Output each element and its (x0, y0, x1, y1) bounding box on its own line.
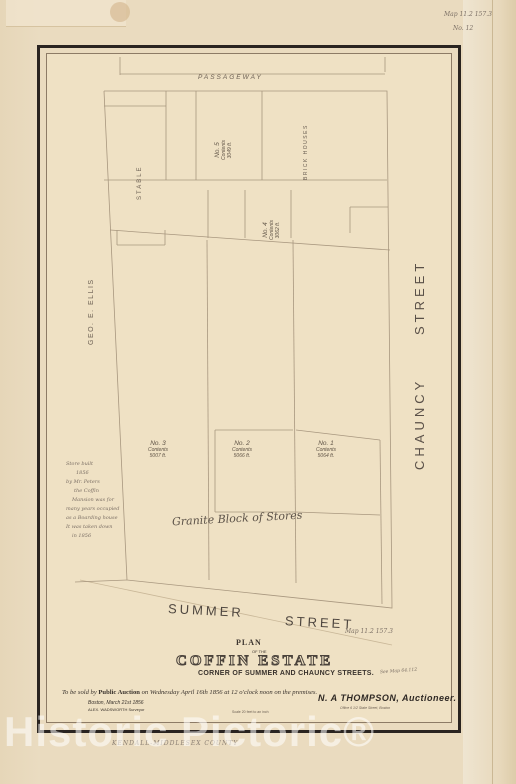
lot-area: 5007 ft. (148, 453, 168, 459)
note-line: as a Boarding house (66, 514, 119, 523)
lot-3: No. 3 Contents 5007 ft. (148, 440, 168, 459)
title-main: COFFIN ESTATE (176, 653, 333, 670)
auction-prefix: To be sold by (62, 689, 98, 696)
stable-label: STABLE (137, 165, 143, 200)
lot-area: 3062 ft. (275, 220, 281, 240)
lot-number: No. 4 (262, 222, 269, 238)
lot-5: No. 5 Contents 3049 ft. (214, 140, 233, 160)
watermark: Historic Pictoric® (4, 708, 375, 756)
note-line: Mansion was for (66, 496, 119, 505)
note-line: many years occupied (66, 505, 119, 514)
auction-bold: Public Auction (98, 689, 140, 696)
map-reference-no: No. 12 (453, 25, 473, 32)
survey-date: Boston, March 21st 1856 (88, 700, 144, 706)
auctioneer-name: N. A THOMPSON, Auctioneer. (318, 693, 457, 703)
note-line: in 1856 (66, 532, 119, 541)
lot-number: No. 2 (234, 440, 250, 447)
note-line: Store built (66, 460, 119, 469)
map-sheet: PASSAGEWAY CHAUNCY STREET SUMMER STREET … (0, 0, 516, 784)
note-line: 1856 (66, 469, 119, 478)
lot-number: No. 5 (214, 142, 221, 158)
chauncy-street-label-2: STREET (412, 260, 427, 335)
lot-area: 5066 ft. (232, 453, 252, 459)
lot-1: No. 1 Contents 5064 ft. (316, 440, 336, 459)
lot-2: No. 2 Contents 5066 ft. (232, 440, 252, 459)
lot-area: 3049 ft. (227, 140, 233, 160)
note-line: the Coffin (66, 487, 119, 496)
map-reference-mid: Map 11.2 157.3 (345, 628, 393, 635)
brick-houses-label: BRICK HOUSES (303, 124, 309, 180)
chauncy-street-label: CHAUNCY (412, 378, 427, 470)
lot-number: No. 1 (318, 440, 334, 447)
lot-area: 5064 ft. (316, 453, 336, 459)
note-line: by Mr. Peters (66, 478, 119, 487)
auction-suffix: on Wednesday April 16th 1856 at 12 o'clo… (140, 689, 317, 696)
title-subtitle: CORNER OF SUMMER AND CHAUNCY STREETS. (198, 670, 374, 677)
passageway-label: PASSAGEWAY (198, 74, 263, 81)
lot-4: No. 4 Contents 3062 ft. (262, 220, 281, 240)
lot-number: No. 3 (150, 440, 166, 447)
abutter-label: GEO. E. ELLIS (88, 278, 95, 345)
map-reference-top: Map 11.2 157.3 (444, 11, 492, 18)
handwritten-note: Store built 1856 by Mr. Peters the Coffi… (66, 460, 119, 541)
note-line: It was taken down (66, 523, 119, 532)
auction-notice: To be sold by Public Auction on Wednesda… (62, 689, 317, 696)
title-plan: PLAN (236, 638, 262, 647)
